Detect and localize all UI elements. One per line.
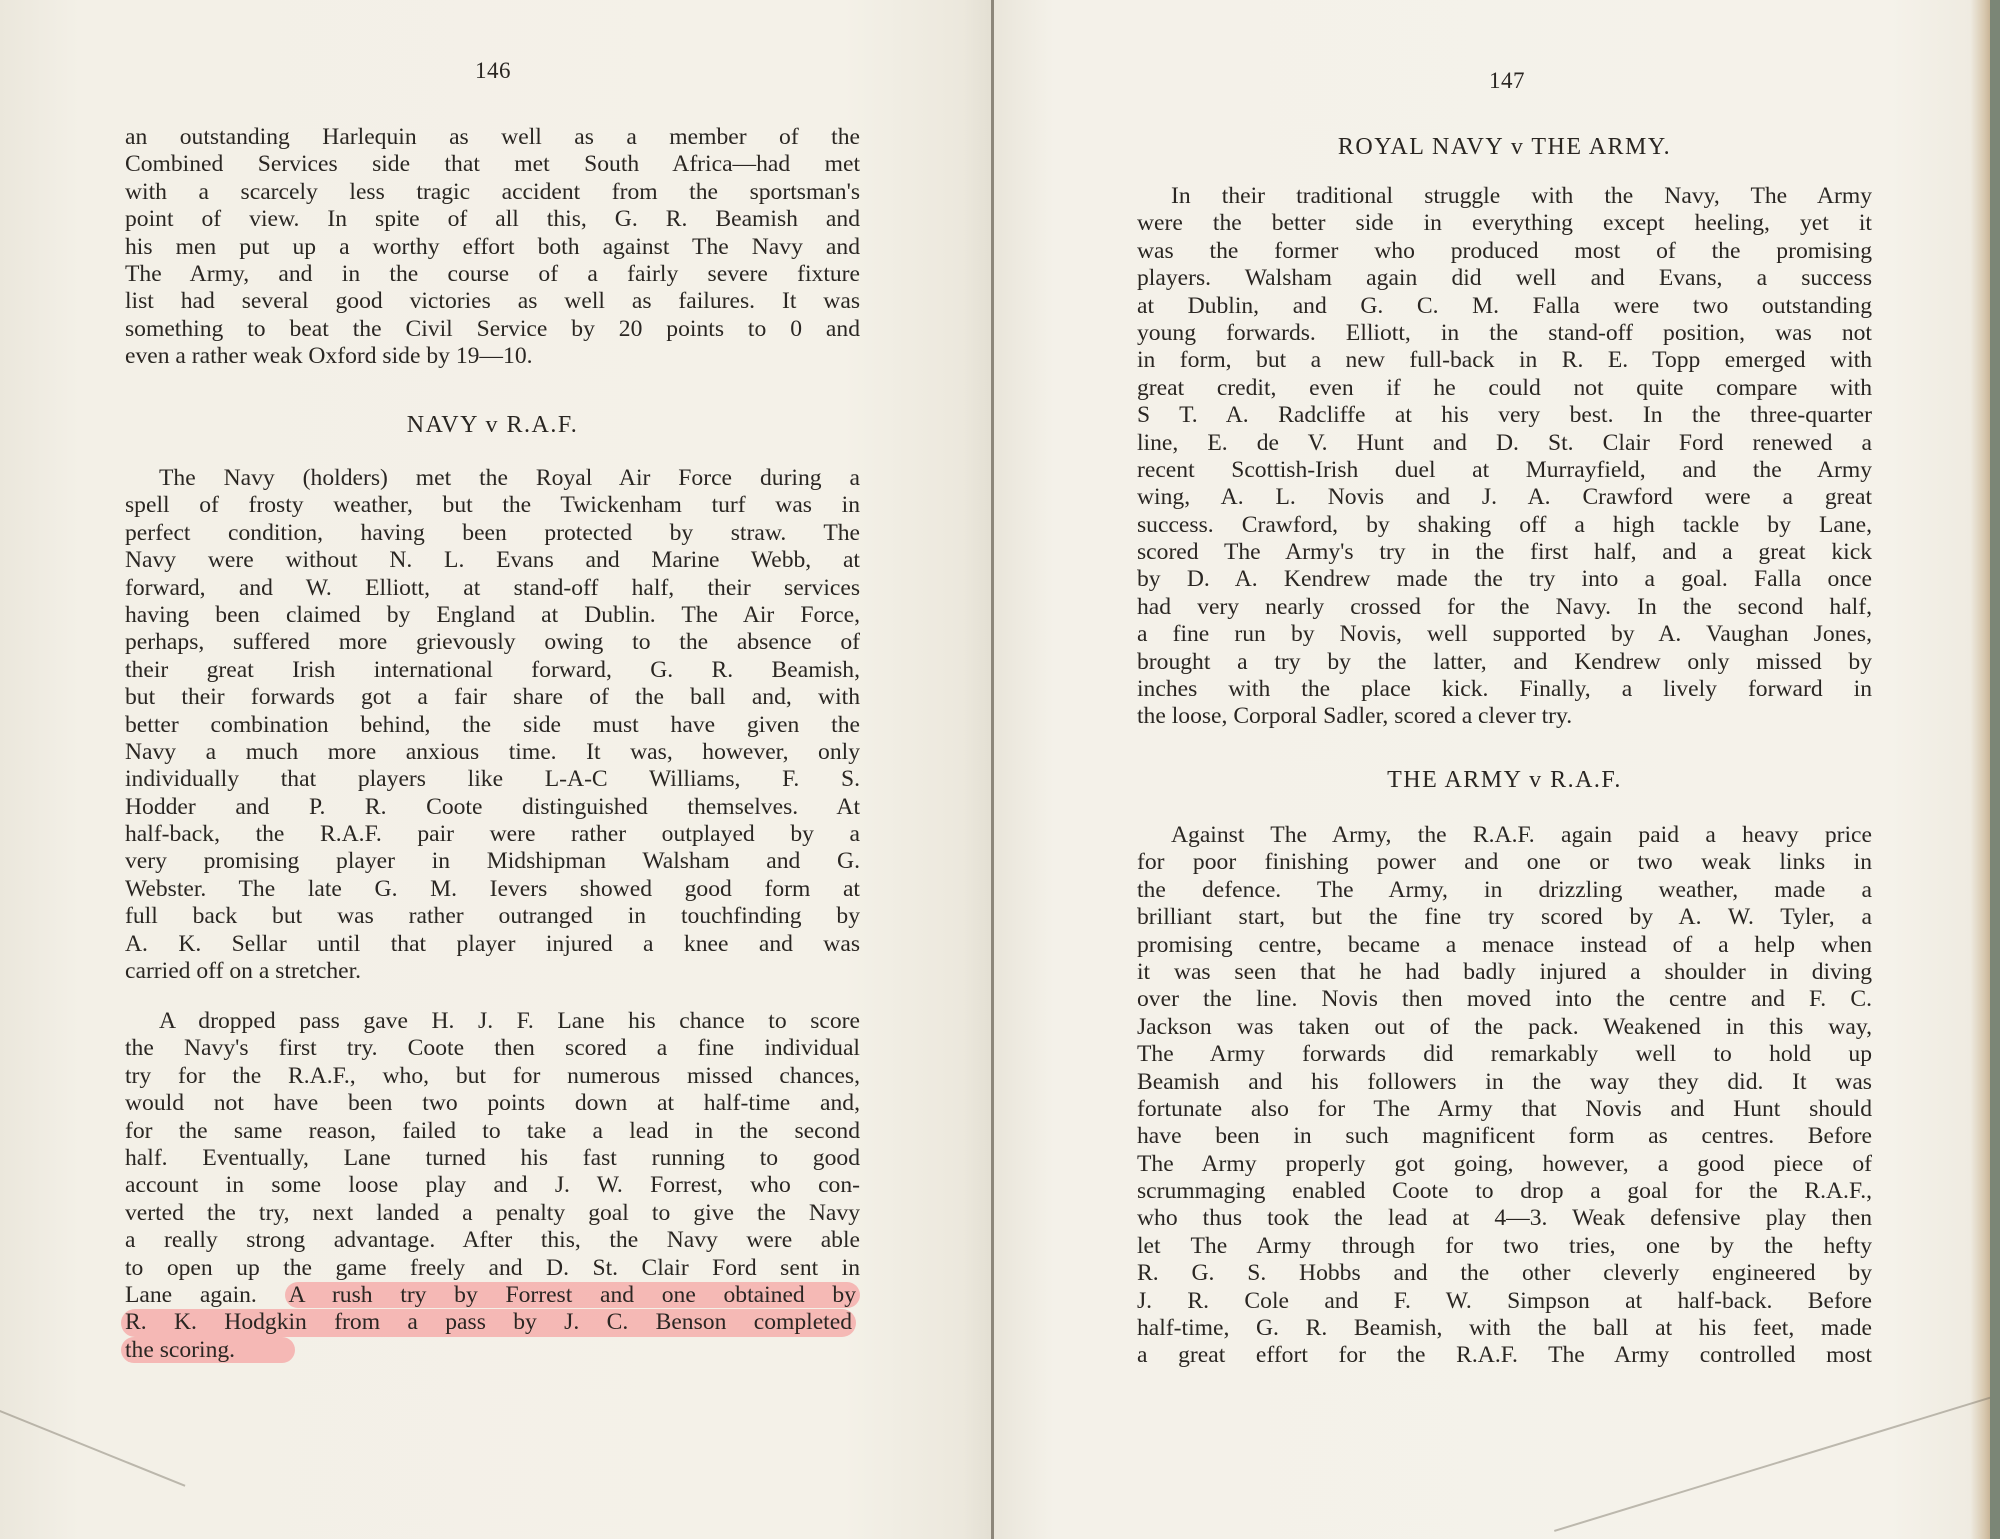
text-line: A dropped pass gave H. J. F. Lane his ch… (125, 1008, 860, 1035)
text-line: A. K. Sellar until that player injured a… (125, 931, 860, 958)
section-heading-royal-navy-v-army: ROYAL NAVY v THE ARMY. (1137, 134, 1872, 161)
text-line: very promising player in Midshipman Wals… (125, 848, 860, 875)
text-line-with-highlight-start: Lane again. A rush try by Forrest and on… (125, 1282, 860, 1309)
text-line: The Army properly got going, however, a … (1137, 1151, 1872, 1178)
text-line: R. G. S. Hobbs and the other cleverly en… (1137, 1260, 1872, 1287)
text-line: scored The Army's try in the first half,… (1137, 539, 1872, 566)
book-spread: 146 an outstanding Harlequin as well as … (0, 0, 1990, 1539)
text-line: brilliant start, but the fine try scored… (1137, 904, 1872, 931)
text-line: their great Irish international forward,… (125, 657, 860, 684)
text-line: success. Crawford, by shaking off a high… (1137, 512, 1872, 539)
text-line: recent Scottish-Irish duel at Murrayfiel… (1137, 457, 1872, 484)
text-line: his men put up a worthy effort both agai… (125, 234, 860, 261)
text-line: inches with the place kick. Finally, a l… (1137, 676, 1872, 703)
text-line: J. R. Cole and F. W. Simpson at half-bac… (1137, 1288, 1872, 1315)
text-line: a great effort for the R.A.F. The Army c… (1137, 1342, 1872, 1369)
text-line: full back but was rather outranged in to… (125, 903, 860, 930)
text-line: perfect condition, having been protected… (125, 520, 860, 547)
text-line: was the former who produced most of the … (1137, 238, 1872, 265)
text-line: half-time, G. R. Beamish, with the ball … (1137, 1315, 1872, 1342)
text-line: a fine run by Novis, well supported by A… (1137, 621, 1872, 648)
highlighted-text[interactable]: R. K. Hodgkin from a pass by J. C. Benso… (121, 1309, 856, 1336)
text-line: had very nearly crossed for the Navy. In… (1137, 594, 1872, 621)
text-line: an outstanding Harlequin as well as a me… (125, 124, 860, 151)
intro-paragraph: an outstanding Harlequin as well as a me… (125, 124, 860, 371)
text-line: have been in such magnificent form as ce… (1137, 1123, 1872, 1150)
text-line: with a scarcely less tragic accident fro… (125, 179, 860, 206)
text-line: Navy a much more anxious time. It was, h… (125, 739, 860, 766)
text-line: Hodder and P. R. Coote distinguished the… (125, 794, 860, 821)
text-line: half-back, the R.A.F. pair were rather o… (125, 821, 860, 848)
text-line: were the better side in everything excep… (1137, 210, 1872, 237)
text-line: The Army, and in the course of a fairly … (125, 261, 860, 288)
right-page: 147 ROYAL NAVY v THE ARMY. In their trad… (994, 0, 1990, 1539)
text-line: The Army forwards did remarkably well to… (1137, 1041, 1872, 1068)
text-line: would not have been two points down at h… (125, 1090, 860, 1117)
text-line: perhaps, suffered more grievously owing … (125, 629, 860, 656)
army-raf-paragraph: Against The Army, the R.A.F. again paid … (1137, 822, 1872, 1370)
page-crease (1554, 1396, 1994, 1532)
text-line: list had several good victories as well … (125, 288, 860, 315)
text-line: players. Walsham again did well and Evan… (1137, 265, 1872, 292)
text-line: forward, and W. Elliott, at stand-off ha… (125, 575, 860, 602)
text-line: but their forwards got a fair share of t… (125, 684, 860, 711)
text-line: for poor finishing power and one or two … (1137, 849, 1872, 876)
text-line: let The Army through for two tries, one … (1137, 1233, 1872, 1260)
page-number-left: 146 (393, 58, 593, 84)
text-line: over the line. Novis then moved into the… (1137, 986, 1872, 1013)
text-line: Jackson was taken out of the pack. Weake… (1137, 1014, 1872, 1041)
text-line: promising centre, became a menace instea… (1137, 932, 1872, 959)
page-number-right: 147 (1407, 68, 1607, 94)
text-line: fortunate also for The Army that Novis a… (1137, 1096, 1872, 1123)
text-line: a really strong advantage. After this, t… (125, 1227, 860, 1254)
text-line: great credit, even if he could not quite… (1137, 375, 1872, 402)
text-line: something to beat the Civil Service by 2… (125, 316, 860, 343)
background-edge (1990, 0, 2000, 1539)
text-line: the defence. The Army, in drizzling weat… (1137, 877, 1872, 904)
text-line: account in some loose play and J. W. For… (125, 1172, 860, 1199)
text-line: point of view. In spite of all this, G. … (125, 206, 860, 233)
text-line: Webster. The late G. M. Ievers showed go… (125, 876, 860, 903)
text-line: young forwards. Elliott, in the stand-of… (1137, 320, 1872, 347)
section-heading-navy-v-raf: NAVY v R.A.F. (125, 412, 860, 439)
text-segment: Lane again. (125, 1282, 285, 1308)
navy-army-paragraph: In their traditional struggle with the N… (1137, 183, 1872, 731)
text-line: Navy were without N. L. Evans and Marine… (125, 547, 860, 574)
text-line: scrummaging enabled Coote to drop a goal… (1137, 1178, 1872, 1205)
text-line: Combined Services side that met South Af… (125, 151, 860, 178)
text-line-highlighted: R. K. Hodgkin from a pass by J. C. Benso… (125, 1309, 860, 1336)
text-line: by D. A. Kendrew made the try into a goa… (1137, 566, 1872, 593)
text-line-highlighted: the scoring. (125, 1337, 860, 1364)
text-line: at Dublin, and G. C. M. Falla were two o… (1137, 293, 1872, 320)
text-line: try for the R.A.F., who, but for numerou… (125, 1063, 860, 1090)
text-line: The Navy (holders) met the Royal Air For… (125, 465, 860, 492)
text-line: having been claimed by England at Dublin… (125, 602, 860, 629)
text-line: it was seen that he had badly injured a … (1137, 959, 1872, 986)
text-line: to open up the game freely and D. St. Cl… (125, 1255, 860, 1282)
text-line: wing, A. L. Novis and J. A. Crawford wer… (1137, 484, 1872, 511)
section-heading-army-v-raf: THE ARMY v R.A.F. (1137, 767, 1872, 794)
text-line: who thus took the lead at 4—3. Weak defe… (1137, 1205, 1872, 1232)
text-line: Beamish and his followers in the way the… (1137, 1069, 1872, 1096)
text-line: line, E. de V. Hunt and D. St. Clair For… (1137, 430, 1872, 457)
text-line: S T. A. Radcliffe at his very best. In t… (1137, 402, 1872, 429)
text-line: even a rather weak Oxford side by 19—10. (125, 343, 860, 370)
left-page: 146 an outstanding Harlequin as well as … (0, 0, 992, 1539)
page-crease (0, 1410, 185, 1487)
text-line: brought a try by the latter, and Kendrew… (1137, 649, 1872, 676)
highlighted-text[interactable]: A rush try by Forrest and one obtained b… (285, 1282, 860, 1308)
text-line: better combination behind, the side must… (125, 712, 860, 739)
text-line: verted the try, next landed a penalty go… (125, 1200, 860, 1227)
text-line: Against The Army, the R.A.F. again paid … (1137, 822, 1872, 849)
text-line: individually that players like L-A-C Wil… (125, 766, 860, 793)
text-line: half. Eventually, Lane turned his fast r… (125, 1145, 860, 1172)
text-line: carried off on a stretcher. (125, 958, 860, 985)
text-line: In their traditional struggle with the N… (1137, 183, 1872, 210)
navy-raf-paragraph-2: A dropped pass gave H. J. F. Lane his ch… (125, 1008, 860, 1364)
text-line: spell of frosty weather, but the Twicken… (125, 492, 860, 519)
navy-raf-paragraph-1: The Navy (holders) met the Royal Air For… (125, 465, 860, 985)
highlighted-text[interactable]: the scoring. (121, 1337, 295, 1363)
text-line: the loose, Corporal Sadler, scored a cle… (1137, 703, 1872, 730)
text-line: for the same reason, failed to take a le… (125, 1118, 860, 1145)
text-line: in form, but a new full-back in R. E. To… (1137, 347, 1872, 374)
text-line: the Navy's first try. Coote then scored … (125, 1035, 860, 1062)
